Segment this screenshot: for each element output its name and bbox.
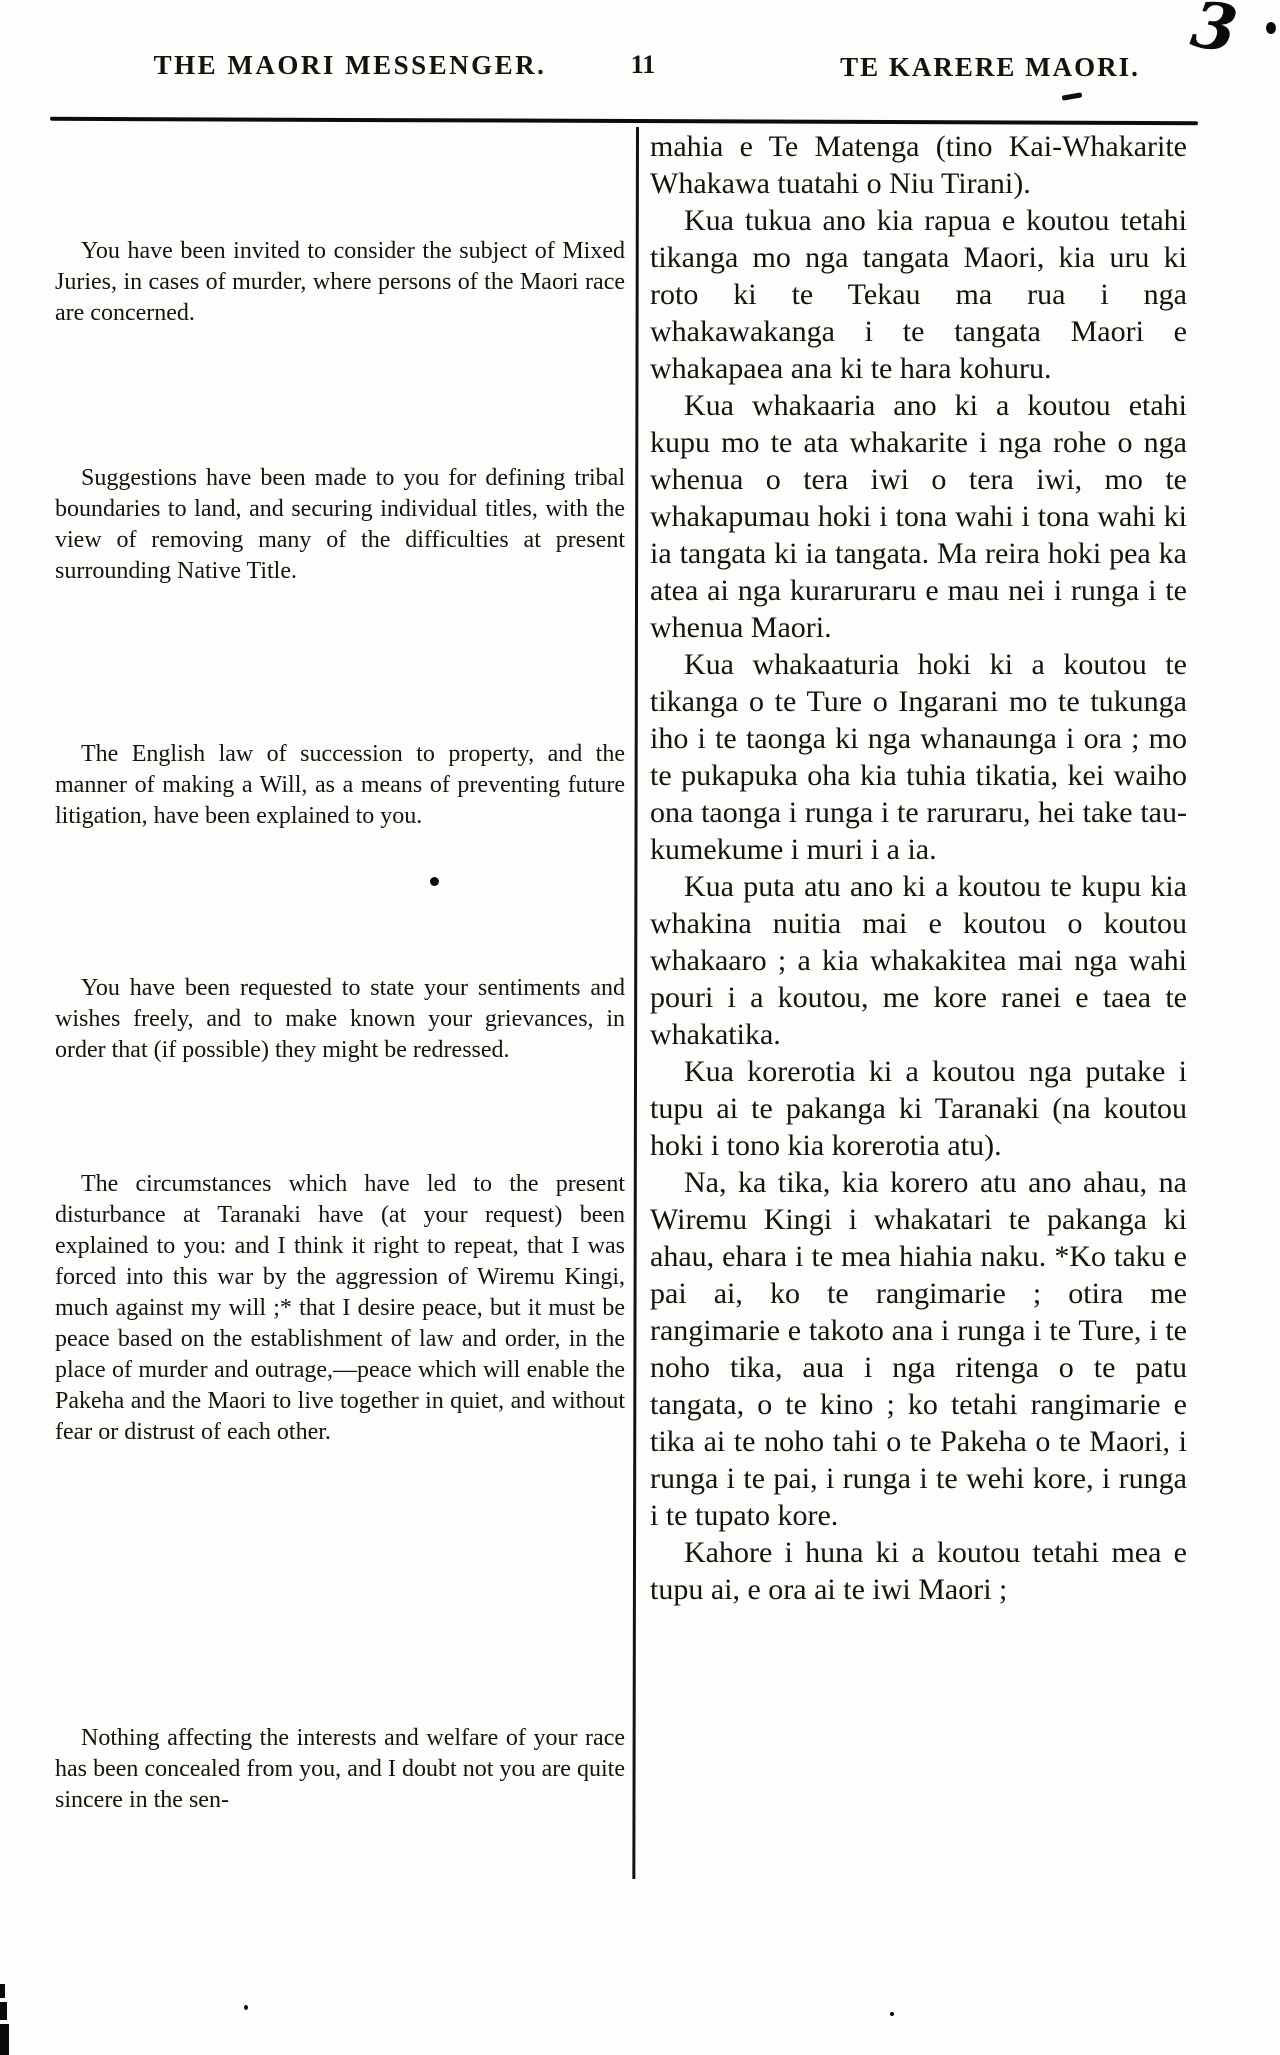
maori-paragraph: Kua tukua ano kia rapua e koutou tetahi … [650,202,1187,387]
english-paragraph: The circumstances which have led to the … [55,1169,625,1448]
maori-paragraph: Kua whakaaria ano ki a koutou etahi kupu… [650,387,1187,646]
masthead-title-maori: TE KARERE MAORI. [788,52,1192,83]
maori-paragraph: Kua puta atu ano ki a koutou te kupu kia… [650,868,1187,1053]
masthead-rule [50,117,1198,125]
scan-edge-mark [0,2024,9,2055]
scan-edge-mark [0,1984,5,1998]
english-paragraph: You have been requested to state your se… [55,973,625,1066]
maori-column: mahia e Te Matenga (tino Kai-Whakarite W… [650,128,1187,1608]
english-paragraph: Nothing affecting the interests and welf… [55,1723,625,1816]
scan-edge-mark [0,2002,7,2020]
column-divider [632,127,639,1879]
english-column: You have been invited to consider the su… [55,130,625,1816]
ink-speck [244,2005,248,2010]
maori-paragraph: Na, ka tika, kia korero atu ano ahau, na… [650,1164,1187,1534]
ink-dot [430,877,439,886]
english-paragraph: Suggestions have been made to you for de… [55,463,625,587]
page-number: 11 [608,50,678,80]
maori-paragraph: Kahore i huna ki a koutou tetahi mea e t… [650,1534,1187,1608]
ink-speck [1266,22,1276,34]
handwritten-page-number: 3 [1186,0,1242,68]
english-paragraph: You have been invited to consider the su… [55,236,625,329]
newspaper-page-scan: 3 THE MAORI MESSENGER. 11 TE KARERE MAOR… [0,0,1280,2055]
english-paragraph: The English law of succession to propert… [55,739,625,832]
maori-paragraph: Kua korerotia ki a koutou nga putake i t… [650,1053,1187,1164]
masthead-title-english: THE MAORI MESSENGER. [128,50,572,81]
maori-paragraph: mahia e Te Matenga (tino Kai-Whakarite W… [650,128,1187,202]
ink-speck [890,2012,894,2016]
ink-dash [1062,92,1083,100]
maori-paragraph: Kua whakaaturia hoki ki a koutou te tika… [650,646,1187,868]
